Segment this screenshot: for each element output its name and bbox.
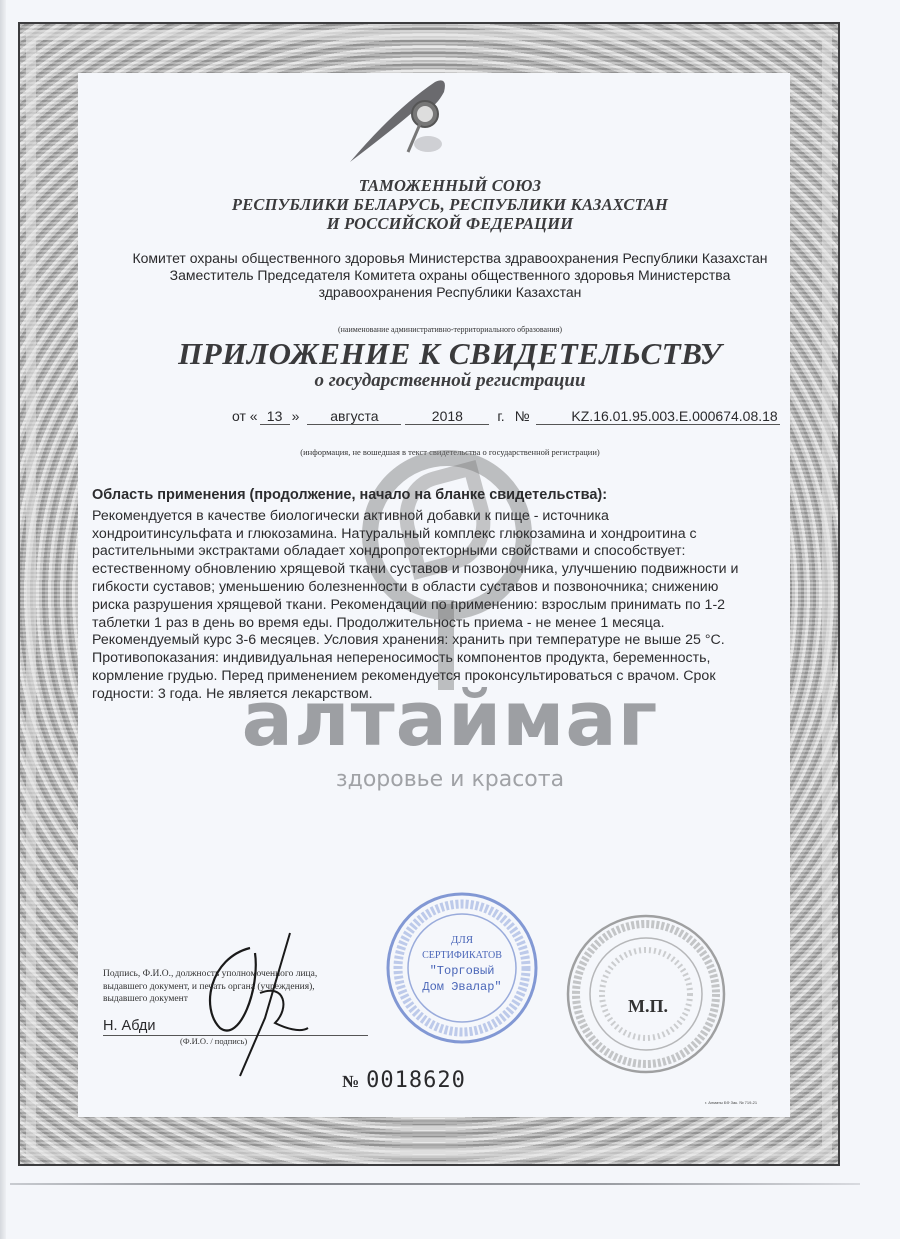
- date-day: 13: [260, 408, 290, 425]
- union-header-line-2: РЕСПУБЛИКИ БЕЛАРУСЬ, РЕСПУБЛИКИ КАЗАХСТА…: [0, 195, 900, 215]
- printer-note: г. Алматы БФ Зак. № 719-21: [705, 1100, 757, 1105]
- date-day-close: »: [292, 408, 300, 424]
- union-header-line-3: И РОССИЙСКОЙ ФЕДЕРАЦИИ: [0, 214, 900, 234]
- customs-union-emblem-icon: [340, 74, 460, 164]
- body-line: Рекомендуемый курс 3-6 месяцев. Условия …: [92, 632, 792, 650]
- document-title: ПРИЛОЖЕНИЕ К СВИДЕТЕЛЬСТВУ: [0, 336, 900, 372]
- date-line: от « 13 » августа 2018 г. № KZ.16.01.95.…: [232, 408, 782, 425]
- date-prefix: от «: [232, 408, 258, 424]
- body-line: хондроитинсульфата и глюкозамина. Натура…: [92, 526, 792, 544]
- application-scope-section: Область применения (продолжение, начало …: [92, 487, 792, 704]
- section-heading: Область применения (продолжение, начало …: [92, 487, 792, 505]
- body-line: Рекомендуется в качестве биологически ак…: [92, 508, 792, 526]
- svg-text:ДЛЯ: ДЛЯ: [451, 934, 474, 946]
- serial-value: 0018620: [366, 1068, 466, 1093]
- paper-shadow: [10, 1183, 860, 1185]
- svg-text:СЕРТИФИКАТОВ: СЕРТИФИКАТОВ: [422, 950, 502, 961]
- serial-label: №: [342, 1072, 360, 1091]
- date-month: августа: [307, 408, 401, 425]
- svg-text:М.П.: М.П.: [628, 996, 668, 1016]
- admin-caption: (наименование административно-территориа…: [0, 325, 900, 334]
- committee-line-3: здравоохранения Республики Казахстан: [0, 283, 900, 301]
- date-year-suffix: г.: [497, 408, 504, 424]
- union-header-line-1: ТАМОЖЕННЫЙ СОЮЗ: [0, 176, 900, 196]
- document-subtitle: о государственной регистрации: [0, 370, 900, 392]
- watermark-tagline: здоровье и красота: [0, 767, 900, 792]
- ministry-seal: М.П.: [566, 906, 746, 1086]
- company-stamp: ДЛЯ СЕРТИФИКАТОВ "Торговый Дом Эвалар": [378, 888, 546, 1048]
- body-line: растительными экстрактами обладает хондр…: [92, 543, 792, 561]
- date-year: 2018: [405, 408, 489, 425]
- committee-line-2: Заместитель Председателя Комитета охраны…: [0, 266, 900, 284]
- registration-number: KZ.16.01.95.003.E.000674.08.18: [536, 408, 780, 425]
- svg-text:Дом Эвалар": Дом Эвалар": [422, 980, 501, 994]
- number-label: №: [515, 408, 530, 424]
- committee-line-1: Комитет охраны общественного здоровья Ми…: [0, 249, 900, 267]
- form-serial-number: №0018620: [342, 1068, 466, 1093]
- body-line: Противопоказания: индивидуальная неперен…: [92, 650, 792, 668]
- handwritten-signature-icon: [190, 928, 320, 1078]
- body-line: естественному обновлению хрящевой ткани …: [92, 561, 792, 579]
- watermark-brand: алтаймаг: [0, 674, 900, 764]
- svg-text:"Торговый: "Торговый: [430, 964, 495, 978]
- body-line: таблетки 1 раз в день во время еды. Прод…: [92, 615, 792, 633]
- body-line: гибкости суставов; уменьшению болезненно…: [92, 579, 792, 597]
- body-line: риска разрушения хрящевой ткани. Рекомен…: [92, 597, 792, 615]
